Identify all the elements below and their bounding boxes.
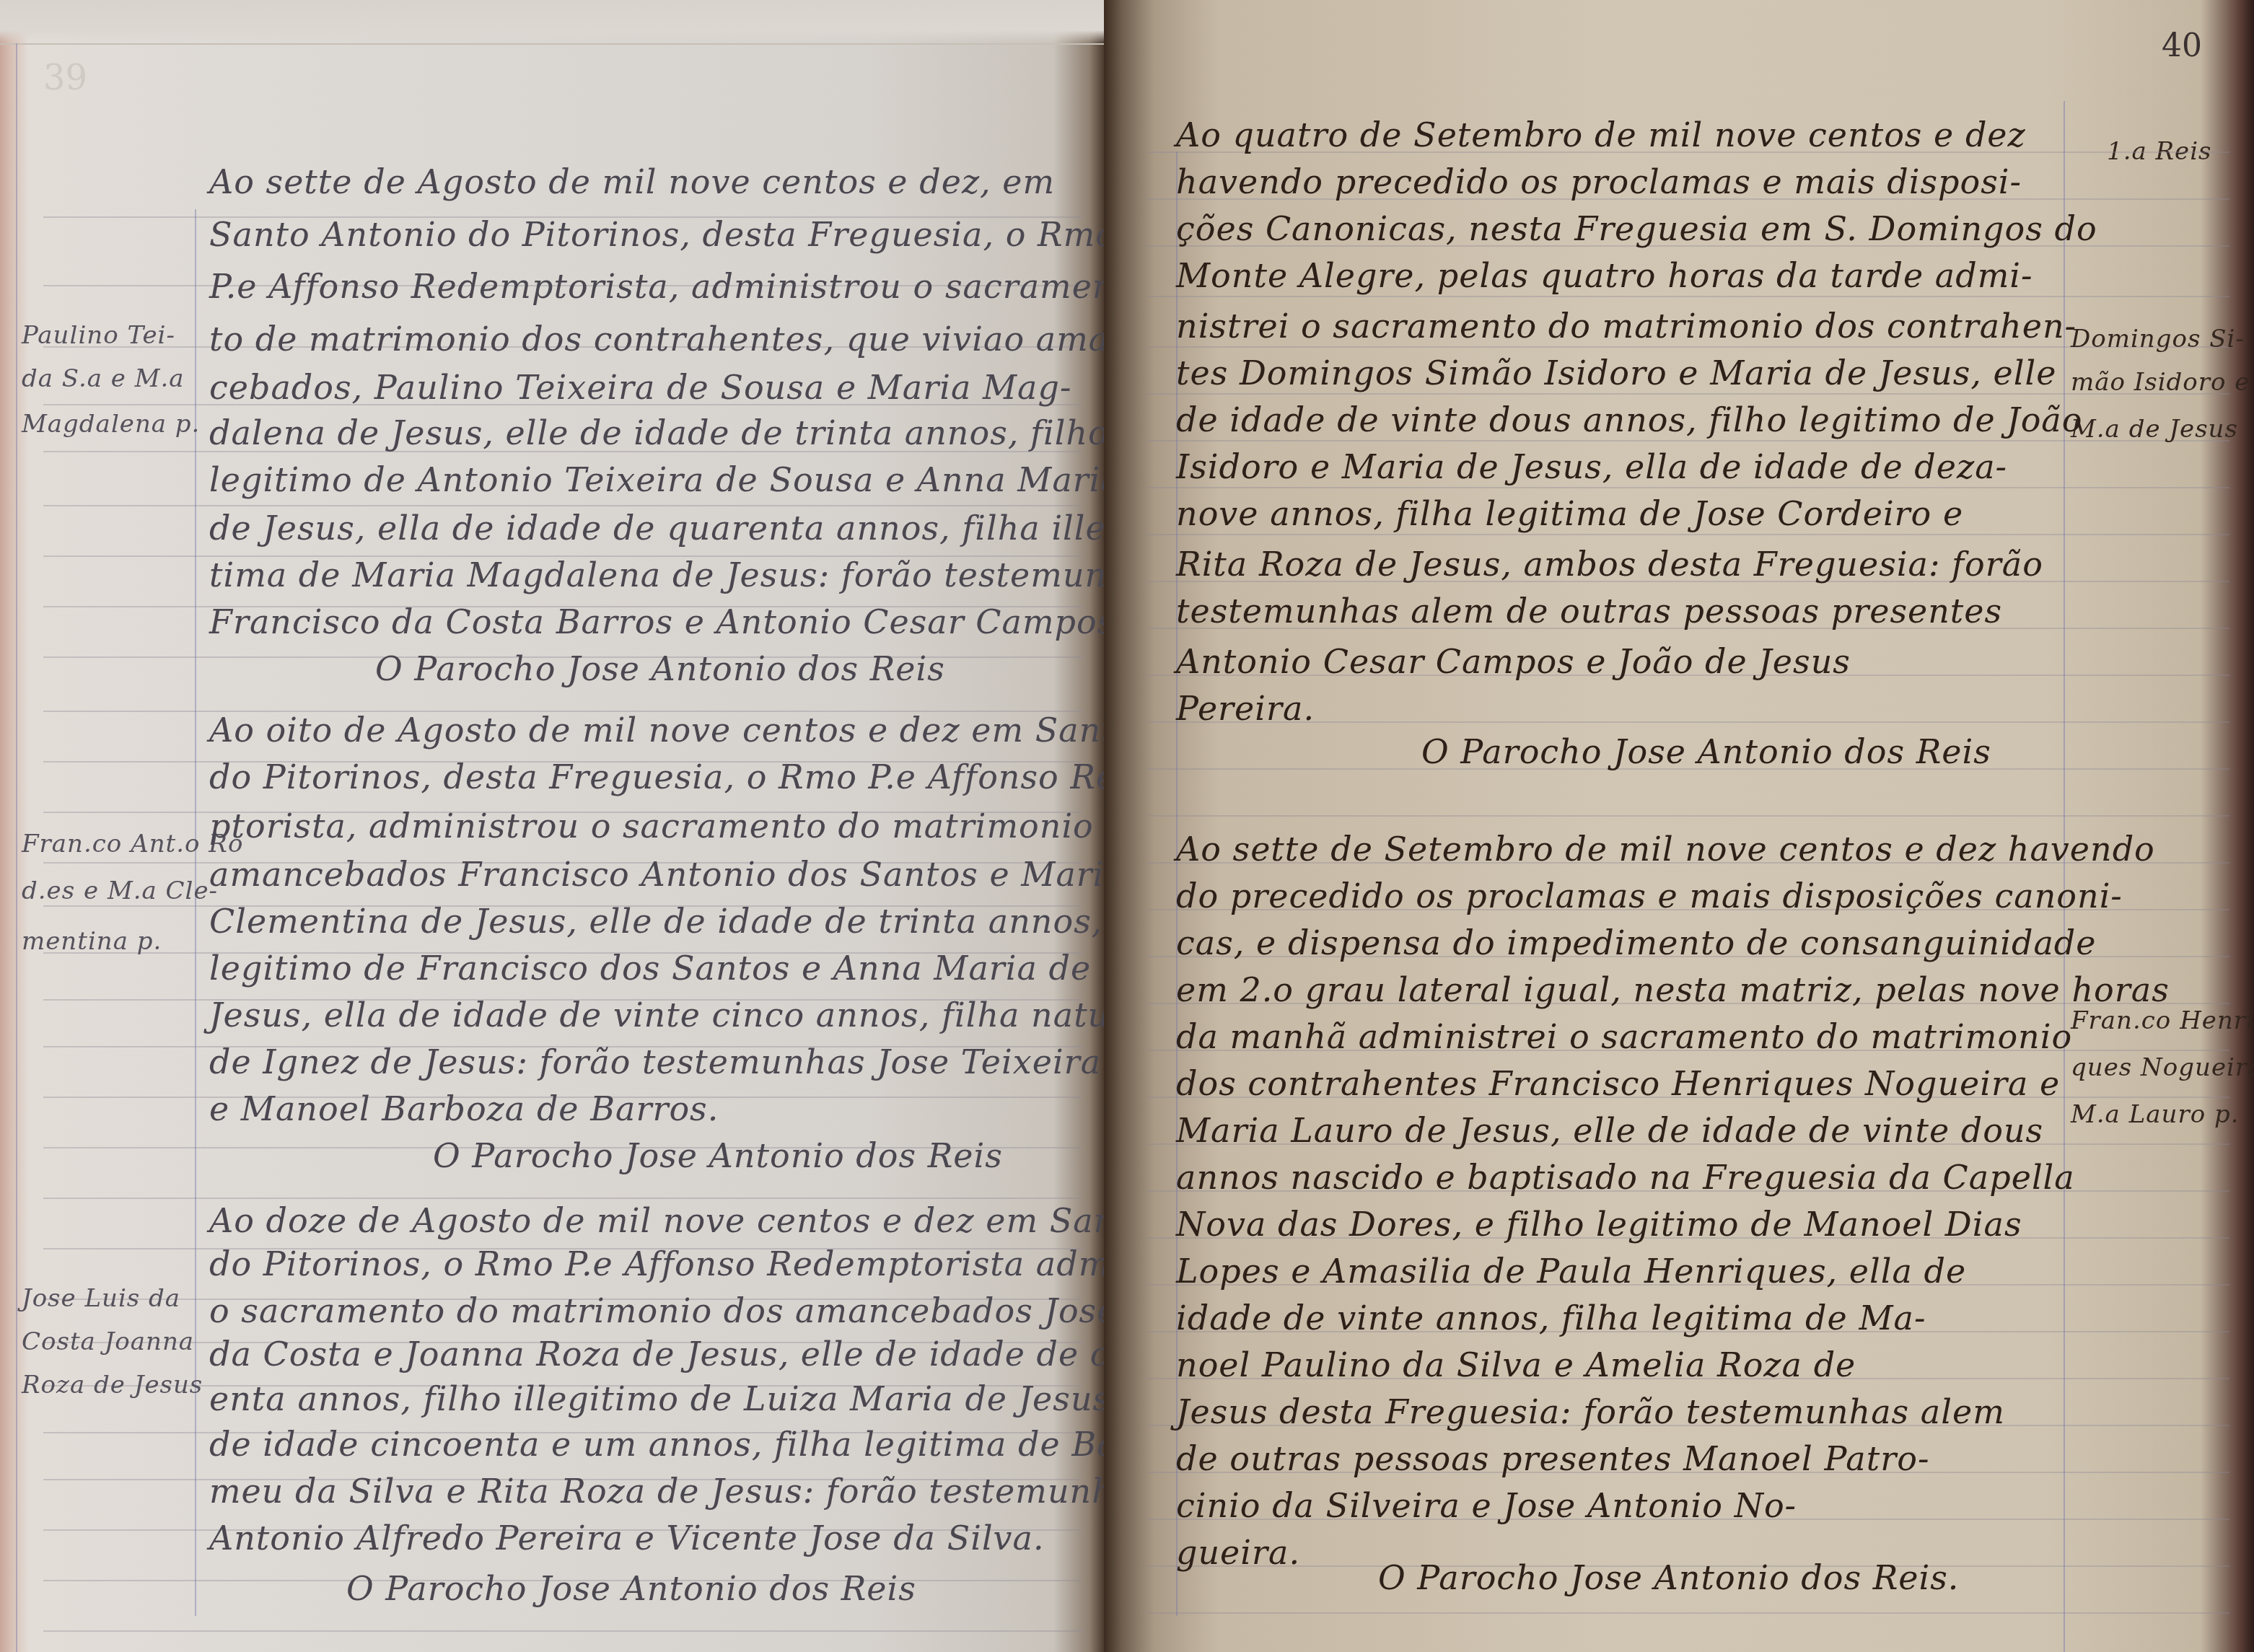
entry-line: havendo precedido os proclamas e mais di… [1176,162,2022,201]
margin-note: Domingos Si- [2071,325,2245,353]
margin-note: Paulino Tei- [22,321,175,350]
entry-line: idade de vinte annos, filha legitima de … [1176,1299,1926,1337]
parish-priest-signature: O Parocho Jose Antonio dos Reis [375,649,945,688]
entry-line: Antonio Alfredo Pereira e Vicente Jose d… [209,1519,1045,1557]
margin-note: ques Nogueira [2071,1053,2254,1082]
ruled-line [1147,1612,2229,1614]
entry-line: tima de Maria Magdalena de Jesus: forão … [209,555,1104,594]
entry-line: ptorista, administrou o sacramento do ma… [209,807,1104,845]
entry-line: to de matrimonio dos contrahentes, que v… [209,320,1104,359]
entry-line: Ao doze de Agosto de mil nove centos e d… [209,1201,1104,1240]
entry-line: em 2.o grau lateral igual, nesta matriz,… [1176,970,2170,1009]
entry-line: e Manoel Barboza de Barros. [209,1089,719,1128]
entry-line: Maria Lauro de Jesus, elle de idade de v… [1176,1111,2043,1150]
margin-note: da S.a e M.a [22,364,185,393]
entry-line: Ao sette de Setembro de mil nove centos … [1176,830,2155,869]
entry-line: de idade de vinte dous annos, filho legi… [1176,400,2083,439]
entry-line: legitimo de Antonio Teixeira de Sousa e … [209,460,1104,499]
margin-note: mão Isidoro e [2071,368,2250,397]
entry-line: tes Domingos Simão Isidoro e Maria de Je… [1176,353,2056,392]
entry-line: testemunhas alem de outras pessoas prese… [1176,592,2002,631]
entry-line: gueira. [1176,1533,1300,1572]
entry-line: do Pitorinos, o Rmo P.e Affonso Redempto… [209,1244,1104,1283]
ruled-line [1147,346,2229,348]
right-page: 40 1.a Reis [1104,0,2254,1652]
entry-line: meu da Silva e Rita Roza de Jesus: forão… [209,1472,1104,1511]
entry-line: Pereira. [1176,689,1315,728]
parish-priest-signature: O Parocho Jose Antonio dos Reis [1421,732,1991,771]
entry-line: Francisco da Costa Barros e Antonio Cesa… [209,602,1104,641]
parish-priest-signature: O Parocho Jose Antonio dos Reis. [1378,1558,1959,1597]
entry-line: de idade cincoenta e um annos, filha leg… [209,1425,1104,1464]
entry-line: ções Canonicas, nesta Freguesia em S. Do… [1176,209,2097,248]
entry-line: de Ignez de Jesus: forão testemunhas Jos… [209,1042,1104,1081]
entry-line: Nova das Dores, e filho legitimo de Mano… [1176,1205,2022,1244]
entry-line: Clementina de Jesus, elle de idade de tr… [209,902,1104,941]
entry-line: cinio da Silveira e Jose Antonio No- [1176,1486,1797,1525]
entry-line: cebados, Paulino Teixeira de Sousa e Mar… [209,368,1072,407]
margin-note: Roza de Jesus [22,1371,203,1400]
entry-line: dos contrahentes Francisco Henriques Nog… [1176,1064,2060,1103]
entry-line: dalena de Jesus, elle de idade de trinta… [209,413,1104,452]
entry-line: noel Paulino da Silva e Amelia Roza de [1176,1345,1856,1384]
entry-line: Isidoro e Maria de Jesus, ella de idade … [1176,447,2007,486]
entry-line: annos nascido e baptisado na Freguesia d… [1176,1158,2075,1197]
entry-line: Ao quatro de Setembro de mil nove centos… [1176,115,2026,154]
entry-line: Ao oito de Agosto de mil nove centos e d… [209,711,1104,750]
entry-line: Jesus desta Freguesia: forão testemunhas… [1176,1392,2005,1431]
open-register-book: 39 Paulino Tei- [0,0,2254,1652]
ruled-line [1147,534,2229,535]
entry-line: Lopes e Amasilia de Paula Henriques, ell… [1176,1252,1966,1291]
entry-line: Jesus, ella de idade de vinte cinco anno… [209,996,1104,1034]
entry-line: do Pitorinos, desta Freguesia, o Rmo P.e… [209,757,1104,796]
folded-sheet-edge [0,0,1104,45]
margin-note: Fran.co Henri- [2071,1006,2254,1035]
entry-line: do precedido os proclamas e mais disposi… [1176,876,2123,915]
entry-line: legitimo de Francisco dos Santos e Anna … [209,949,1091,988]
page-number: 40 [2162,27,2202,64]
entry-line: Santo Antonio do Pitorinos, desta Fregue… [209,215,1104,254]
margin-note: Costa Joanna [22,1327,194,1356]
entry-line: Rita Roza de Jesus, ambos desta Freguesi… [1176,545,2043,584]
margin-note: M.a de Jesus [2071,415,2238,444]
entry-line: o sacramento do matrimonio dos amancebad… [209,1291,1104,1330]
entry-line: da Costa e Joanna Roza de Jesus, elle de… [209,1335,1104,1374]
entry-line: Antonio Cesar Campos e João de Jesus [1176,642,1851,681]
ruled-line [1147,487,2229,488]
left-page: 39 Paulino Tei- [0,0,1104,1652]
margin-note: Jose Luis da [22,1284,180,1313]
parish-priest-signature: O Parocho Jose Antonio dos Reis [346,1569,916,1608]
ruled-line [1147,296,2229,297]
ruled-line [1147,815,2229,817]
entry-line: Monte Alegre, pelas quatro horas da tard… [1176,256,2033,295]
entry-line: de Jesus, ella de idade de quarenta anno… [209,509,1104,548]
margin-note: M.a Lauro p. [2071,1100,2240,1129]
margin-note: mentina p. [22,927,162,956]
entry-line: de outras pessoas presentes Manoel Patro… [1176,1439,1929,1478]
faint-page-number: 39 [43,58,87,98]
entry-line: cas, e dispensa do impedimento de consan… [1176,923,2096,962]
ruled-line [1147,393,2229,395]
entry-line: Ao sette de Agosto de mil nove centos e … [209,162,1055,201]
entry-line: da manhã administrei o sacramento do mat… [1176,1017,2072,1056]
ruled-line [1147,440,2229,441]
entry-line: enta annos, filho illegitimo de Luiza Ma… [209,1379,1104,1418]
ruled-line [43,505,1082,506]
ruled-line [43,1630,1082,1632]
parish-priest-signature: O Parocho Jose Antonio dos Reis [433,1136,1003,1175]
margin-note: Magdalena p. [22,410,200,439]
margin-note: d.es e M.a Cle- [22,876,218,905]
entry-line: amancebados Francisco Antonio dos Santos… [209,855,1104,894]
outer-margin-rule [16,43,17,1652]
entry-line: nove annos, filha legitima de Jose Corde… [1176,494,1963,533]
entry-line: nistrei o sacramento do matrimonio dos c… [1176,307,2077,346]
entry-line: P.e Affonso Redemptorista, administrou o… [209,267,1104,306]
ruled-line [43,1198,1082,1199]
